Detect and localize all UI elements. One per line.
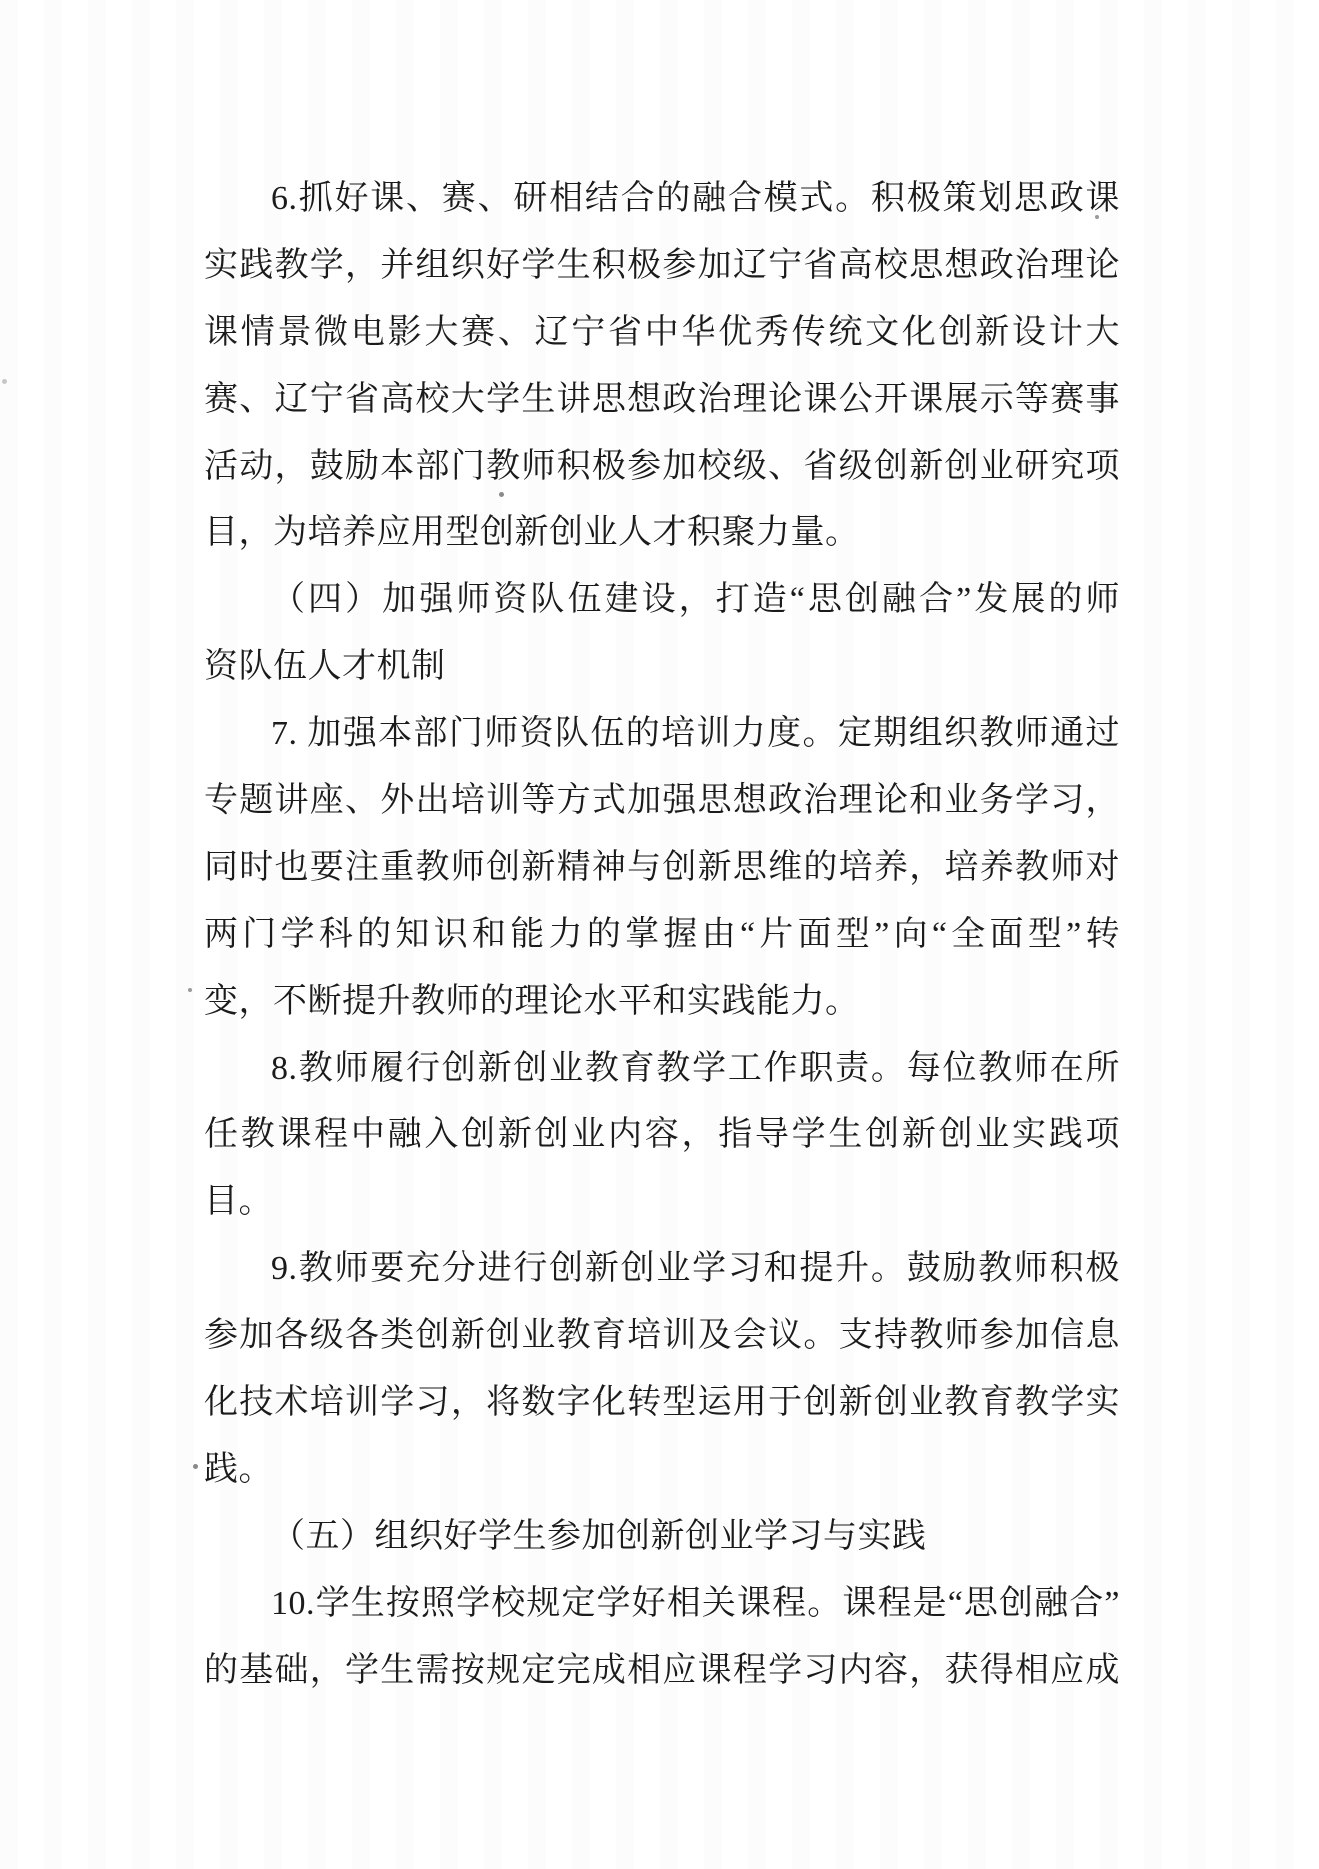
text-line: 参加各级各类创新创业教育培训及会议。支持教师参加信息 — [204, 1303, 1120, 1370]
section-heading-line: （五）组织好学生参加创新创业学习与实践 — [204, 1504, 1120, 1571]
text-line: 化技术培训学习，将数字化转型运用于创新创业教育教学实 — [204, 1370, 1120, 1437]
text-line: 实践教学，并组织好学生积极参加辽宁省高校思想政治理论 — [204, 233, 1120, 300]
document-page: 6.抓好课、赛、研相结合的融合模式。积极策划思政课 实践教学，并组织好学生积极参… — [0, 0, 1319, 1869]
text-line: 9.教师要充分进行创新创业学习和提升。鼓励教师积极 — [204, 1236, 1120, 1303]
text-line: 两门学科的知识和能力的掌握由“片面型”向“全面型”转 — [204, 902, 1120, 969]
scan-speck — [193, 1464, 198, 1469]
text-line: 践。 — [204, 1437, 1120, 1504]
text-line: 同时也要注重教师创新精神与创新思维的培养，培养教师对 — [204, 835, 1120, 902]
text-line: 任教课程中融入创新创业内容，指导学生创新创业实践项 — [204, 1102, 1120, 1169]
text-line: 课情景微电影大赛、辽宁省中华优秀传统文化创新设计大 — [204, 300, 1120, 367]
text-line: 10.学生按照学校规定学好相关课程。课程是“思创融合” — [204, 1571, 1120, 1638]
text-line: 目。 — [204, 1169, 1120, 1236]
section-heading-line: （四）加强师资队伍建设，打造“思创融合”发展的师 — [204, 567, 1120, 634]
scan-speck — [2, 379, 7, 384]
text-line: 的基础，学生需按规定完成相应课程学习内容，获得相应成 — [204, 1638, 1120, 1705]
text-line: 8.教师履行创新创业教育教学工作职责。每位教师在所 — [204, 1036, 1120, 1103]
text-line: 目，为培养应用型创新创业人才积聚力量。 — [204, 500, 1120, 567]
text-line: 活动，鼓励本部门教师积极参加校级、省级创新创业研究项 — [204, 434, 1120, 501]
text-line: 赛、辽宁省高校大学生讲思想政治理论课公开课展示等赛事 — [204, 367, 1120, 434]
scan-speck — [188, 988, 192, 992]
section-heading-line: 资队伍人才机制 — [204, 634, 1120, 701]
text-line: 6.抓好课、赛、研相结合的融合模式。积极策划思政课 — [204, 166, 1120, 233]
text-line: 7. 加强本部门师资队伍的培训力度。定期组织教师通过 — [204, 701, 1120, 768]
text-line: 变，不断提升教师的理论水平和实践能力。 — [204, 969, 1120, 1036]
document-text-block: 6.抓好课、赛、研相结合的融合模式。积极策划思政课 实践教学，并组织好学生积极参… — [204, 166, 1120, 1704]
text-line: 专题讲座、外出培训等方式加强思想政治理论和业务学习， — [204, 768, 1120, 835]
